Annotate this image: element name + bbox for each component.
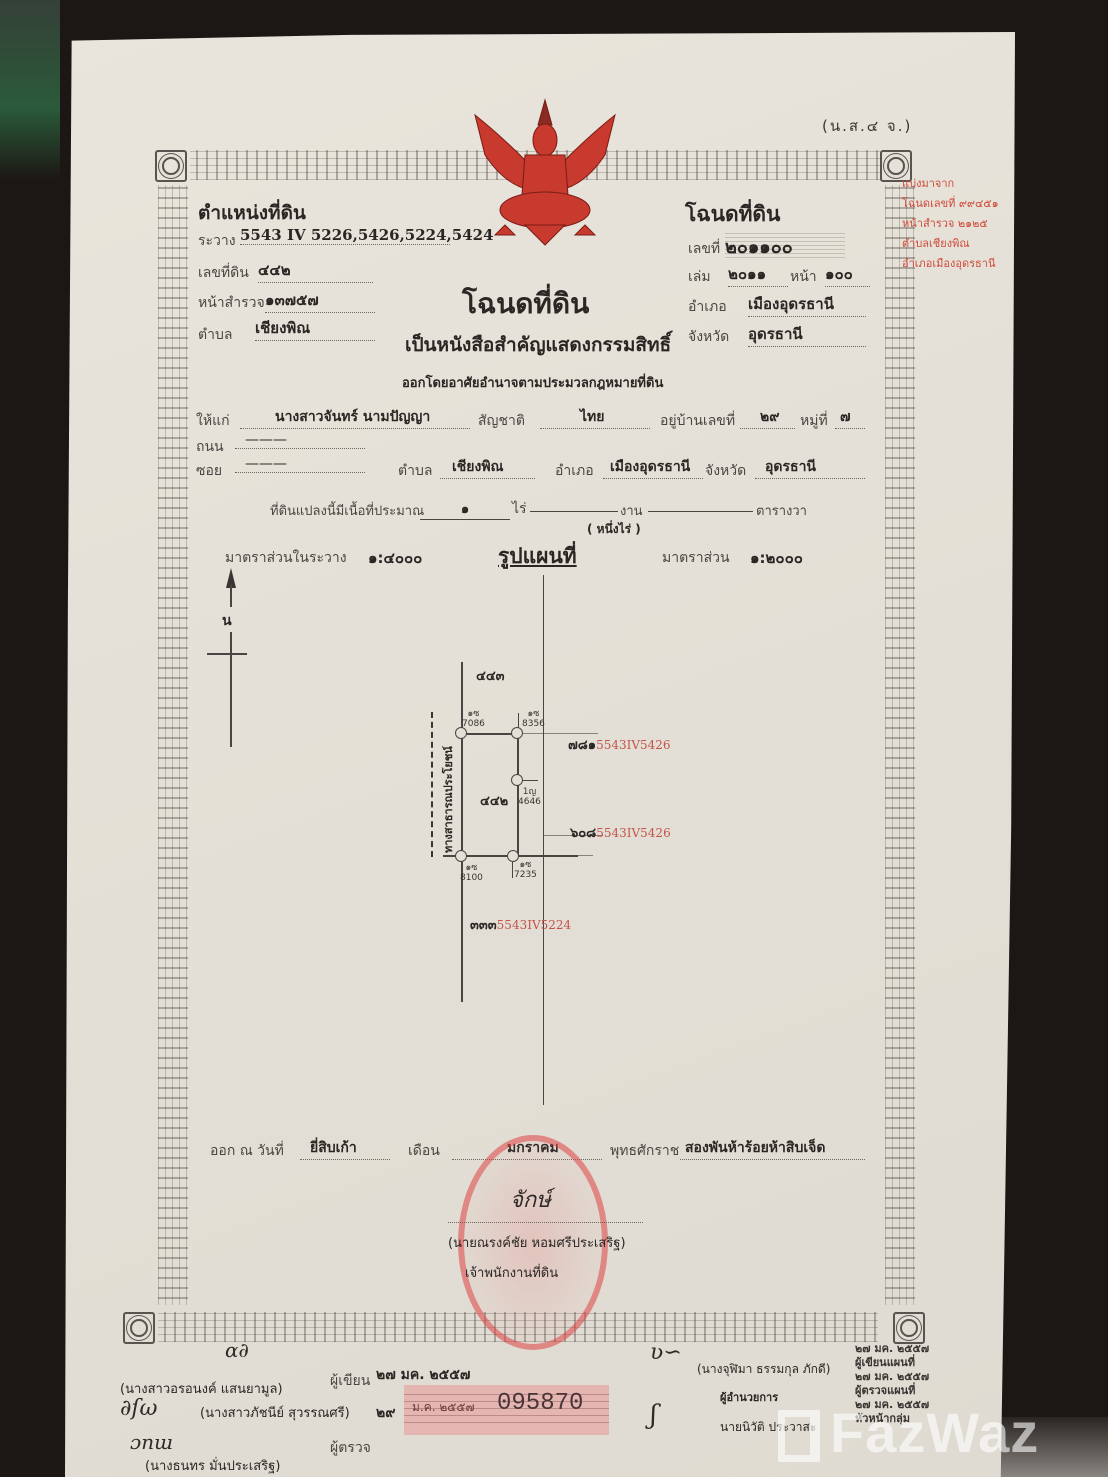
border-left xyxy=(158,185,188,1305)
page-label: หน้า xyxy=(790,266,817,288)
issued-day-value: ยี่สิบเก้า xyxy=(300,1137,390,1160)
survey-page-value: ๑๓๗๕๗ xyxy=(265,288,375,313)
right-sub-label: ผู้อำนวยการ xyxy=(720,1388,778,1406)
writer-label: ผู้เขียน xyxy=(330,1370,370,1392)
sheet-scale-value: ๑:๔๐๐๐ xyxy=(368,546,422,570)
public-road-line xyxy=(431,712,433,857)
map-heading: รูปแผนที่ xyxy=(498,540,577,573)
neighbor-parcel: ๖๐๘5543IV5426 xyxy=(570,822,671,843)
writer-signature: ɑ∂ xyxy=(225,1338,249,1362)
form-code: (น.ส.๔ จ.) xyxy=(822,114,912,138)
boundary-marker-icon xyxy=(455,850,467,862)
book-label: เล่ม xyxy=(688,266,711,288)
checker-signature: ∂ſω xyxy=(120,1396,157,1421)
subdivision-annotation: แบ่งมาจาก โฉนดเลขที่ ๙๙๔๕๑ หน้าสำรวจ ๒๑๒… xyxy=(902,174,1022,274)
survey-page-label: หน้าสำรวจ xyxy=(198,292,265,314)
owner-province-value: อุดรธานี xyxy=(755,456,865,479)
corner-ornament-icon xyxy=(155,150,187,182)
scale-label: มาตราส่วน xyxy=(662,547,730,569)
ngan-value xyxy=(530,498,618,512)
owner-to-label: ให้แก่ xyxy=(196,410,230,432)
checker-label: ผู้ตรวจ xyxy=(330,1437,371,1459)
checker-date: ๒๙ xyxy=(376,1402,395,1424)
document-subtitle: เป็นหนังสือสำคัญแสดงกรรมสิทธิ์ xyxy=(405,330,671,360)
page-value: ๑๐๐ xyxy=(825,262,870,287)
deed-number-value: ๒๐๑๑๐๐ xyxy=(725,232,845,261)
parcel-no-label: เลขที่ดิน xyxy=(198,262,249,284)
nationality-label: สัญชาติ xyxy=(478,410,525,432)
officer-title: เจ้าพนักงานที่ดิน xyxy=(465,1262,558,1283)
deed-province-label: จังหวัด xyxy=(688,326,729,348)
owner-subdistrict-value: เชียงพิณ xyxy=(440,456,535,479)
officer-signature: จักษ์ xyxy=(510,1182,551,1217)
deed-heading: โฉนดที่ดิน xyxy=(685,198,780,231)
serial-prefix: ม.ค. ๒๕๕๗ xyxy=(412,1398,474,1417)
location-heading: ตำแหน่งที่ดิน xyxy=(198,198,306,228)
area-in-words: ( หนึ่งไร่ ) xyxy=(587,520,641,539)
corner-ornament-icon xyxy=(123,1312,155,1344)
north-axis-line xyxy=(230,632,232,747)
deed-district-value: เมืองอุดรธานี xyxy=(748,292,866,317)
deed-number-label: เลขที่ xyxy=(688,238,720,260)
subdistrict-label: ตำบล xyxy=(198,324,232,346)
sheet-scale-label: มาตราส่วนในระวาง xyxy=(225,547,347,569)
annotation-line: แบ่งมาจาก xyxy=(902,174,1022,194)
neighbor-line xyxy=(543,855,593,856)
parcel-north-label: ๔๔๓ xyxy=(476,665,505,686)
right-signature-2: ʃ xyxy=(650,1400,657,1430)
moo-value: ๗ xyxy=(835,406,865,429)
deed-district-label: อำเภอ xyxy=(688,296,727,318)
third-signature: ɔnɯ xyxy=(130,1430,173,1454)
marker-label: ๑ซ7086 xyxy=(462,709,485,729)
subdistrict-value: เชียงพิณ xyxy=(255,316,375,341)
marker-label: ๑ซ7235 xyxy=(514,860,537,880)
scale-value: ๑:๒๐๐๐ xyxy=(750,546,803,570)
year-value: สองพันห้าร้อยห้าสิบเจ็ด xyxy=(680,1137,865,1160)
right-name-1: (นางจุฬิมา ธรรมกุล ภักดี) xyxy=(697,1360,830,1379)
public-road-label: ทางสาธารณประโยชน์ xyxy=(440,713,456,853)
corner-ornament-icon xyxy=(893,1312,925,1344)
marker-label: 1ญ4646 xyxy=(518,787,541,807)
ngan-label: งาน xyxy=(620,500,643,521)
owner-province-label: จังหวัด xyxy=(705,460,746,482)
boundary-marker-icon xyxy=(511,774,523,786)
document-title: โฉนดที่ดิน xyxy=(462,282,589,326)
third-name: (นางธนทร มั่นประเสริฐ) xyxy=(145,1455,280,1476)
watermark-text: FazWaz xyxy=(830,1400,1039,1465)
marker-tick xyxy=(512,860,513,878)
marker-label: ๑ซ8100 xyxy=(460,863,483,883)
area-intro: ที่ดินแปลงนี้มีเนื้อที่ประมาณ xyxy=(270,500,424,521)
rai-value: ๑ xyxy=(420,498,510,520)
neighbor-parcel: ๗๘๑5543IV5426 xyxy=(568,734,671,755)
owner-name: นางสาวจันทร์ นามปัญญา xyxy=(240,406,470,429)
annotation-line: หน้าสำรวจ ๒๑๒๕ xyxy=(902,214,1022,234)
north-label: น xyxy=(222,610,232,632)
watermark-logo-icon xyxy=(778,1410,820,1462)
background-object xyxy=(0,0,60,180)
house-no-value: ๒๙ xyxy=(740,406,795,429)
annotation-line: โฉนดเลขที่ ๙๙๔๕๑ xyxy=(902,194,1022,214)
soi-label: ซอย xyxy=(196,460,222,482)
parcel-center-label: ๔๔๒ xyxy=(480,790,508,811)
parcel-no-value: ๔๔๒ xyxy=(258,258,373,283)
moo-label: หมู่ที่ xyxy=(800,410,828,432)
neighbor-parcel: ๓๓๓5543IV5224 xyxy=(470,914,571,935)
border-right xyxy=(885,185,915,1305)
officer-name: (นายณรงค์ชัย หอมศรีประเสริฐ) xyxy=(448,1232,626,1253)
annotation-line: ตำบลเชียงพิณ xyxy=(902,234,1022,254)
marker-label: ๑ซ8356 xyxy=(522,709,545,729)
issued-under-text: ออกโดยอาศัยอำนาจตามประมวลกฎหมายที่ดิน xyxy=(402,372,663,393)
wa-label: ตารางวา xyxy=(756,500,807,521)
north-cross-line xyxy=(207,653,247,655)
book-value: ๒๐๑๑ xyxy=(728,262,788,287)
serial-number: 095870 xyxy=(497,1390,583,1417)
deed-province-value: อุดรธานี xyxy=(748,322,866,347)
nationality-value: ไทย xyxy=(540,406,650,429)
road-label: ถนน xyxy=(196,436,224,458)
annotation-line: อำเภอเมืองอุดรธานี xyxy=(902,254,1022,274)
house-no-label: อยู่บ้านเลขที่ xyxy=(660,410,735,432)
month-label: เดือน xyxy=(408,1140,440,1162)
checker-name: (นางสาวภัชนีย์ สุวรรณศรี) xyxy=(200,1402,350,1423)
signature-line xyxy=(448,1222,643,1223)
owner-district-value: เมืองอุดรธานี xyxy=(603,456,703,479)
map-sheet-value: 5543 IV 5226,5426,5224,5424 xyxy=(240,226,450,245)
north-arrow-shaft xyxy=(230,585,232,607)
right-signature-1: ʋ∽ xyxy=(650,1340,682,1365)
grid-line-vertical xyxy=(543,575,544,1105)
wa-value xyxy=(648,498,753,512)
issued-date-label: ออก ณ วันที่ xyxy=(210,1140,284,1162)
owner-subdistrict-label: ตำบล xyxy=(398,460,432,482)
year-label: พุทธศักราช xyxy=(610,1140,679,1162)
writer-date: ๒๗ มค. ๒๕๕๗ xyxy=(376,1364,470,1386)
road-value: ——— xyxy=(235,432,365,449)
map-sheet-label: ระวาง xyxy=(198,230,236,252)
owner-district-label: อำเภอ xyxy=(555,460,594,482)
soi-value: ——— xyxy=(235,456,365,473)
rai-label: ไร่ xyxy=(512,498,527,520)
